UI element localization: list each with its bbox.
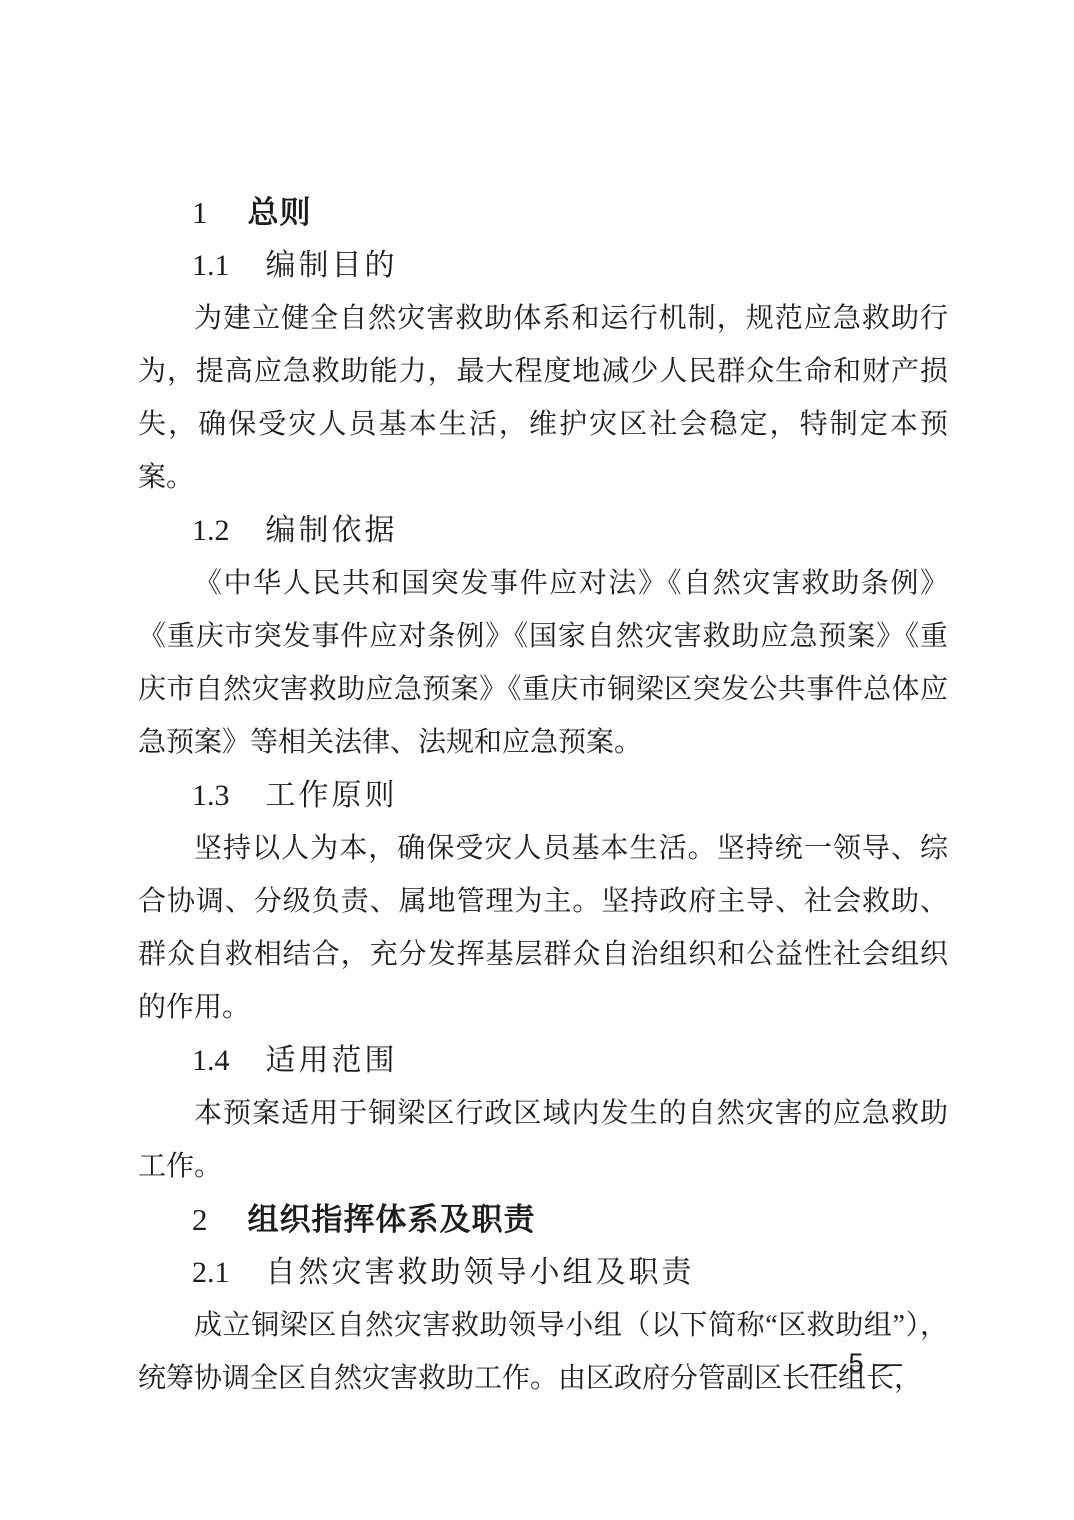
subsection-heading-1-2: 1.2编制依据	[192, 504, 948, 557]
document-content: 1总则 1.1编制目的 为建立健全自然灾害救助体系和运行机制，规范应急救助行为，…	[138, 186, 948, 1405]
subsection-heading-1-3: 1.3工作原则	[192, 769, 948, 822]
subsection-number: 1.2	[192, 514, 230, 547]
subsection-title: 编制目的	[266, 249, 398, 282]
section-title: 组织指挥体系及职责	[248, 1202, 536, 1237]
subsection-title: 编制依据	[266, 514, 398, 547]
document-page: 1总则 1.1编制目的 为建立健全自然灾害救助体系和运行机制，规范应急救助行为，…	[0, 0, 1074, 1520]
subsection-title: 工作原则	[266, 779, 398, 812]
subsection-title: 适用范围	[266, 1044, 398, 1077]
section-number: 2	[192, 1202, 208, 1237]
paragraph-purpose: 为建立健全自然灾害救助体系和运行机制，规范应急救助行为，提高应急救助能力，最大程…	[138, 292, 948, 504]
page-number: — 5 —	[810, 1348, 904, 1379]
subsection-heading-1-1: 1.1编制目的	[192, 239, 948, 292]
subsection-number: 2.1	[192, 1256, 230, 1289]
subsection-title: 自然灾害救助领导小组及职责	[266, 1256, 695, 1289]
paragraph-scope: 本预案适用于铜梁区行政区域内发生的自然灾害的应急救助工作。	[138, 1087, 948, 1193]
subsection-number: 1.4	[192, 1044, 230, 1077]
section-heading-2: 2组织指挥体系及职责	[192, 1193, 948, 1246]
subsection-number: 1.1	[192, 249, 230, 282]
paragraph-principles: 坚持以人为本，确保受灾人员基本生活。坚持统一领导、综合协调、分级负责、属地管理为…	[138, 822, 948, 1034]
subsection-heading-1-4: 1.4适用范围	[192, 1034, 948, 1087]
subsection-number: 1.3	[192, 779, 230, 812]
subsection-heading-2-1: 2.1自然灾害救助领导小组及职责	[192, 1246, 948, 1299]
section-number: 1	[192, 195, 208, 230]
section-title: 总则	[248, 195, 312, 230]
section-heading-1: 1总则	[192, 186, 948, 239]
paragraph-basis: 《中华人民共和国突发事件应对法》《自然灾害救助条例》《重庆市突发事件应对条例》《…	[138, 557, 948, 769]
